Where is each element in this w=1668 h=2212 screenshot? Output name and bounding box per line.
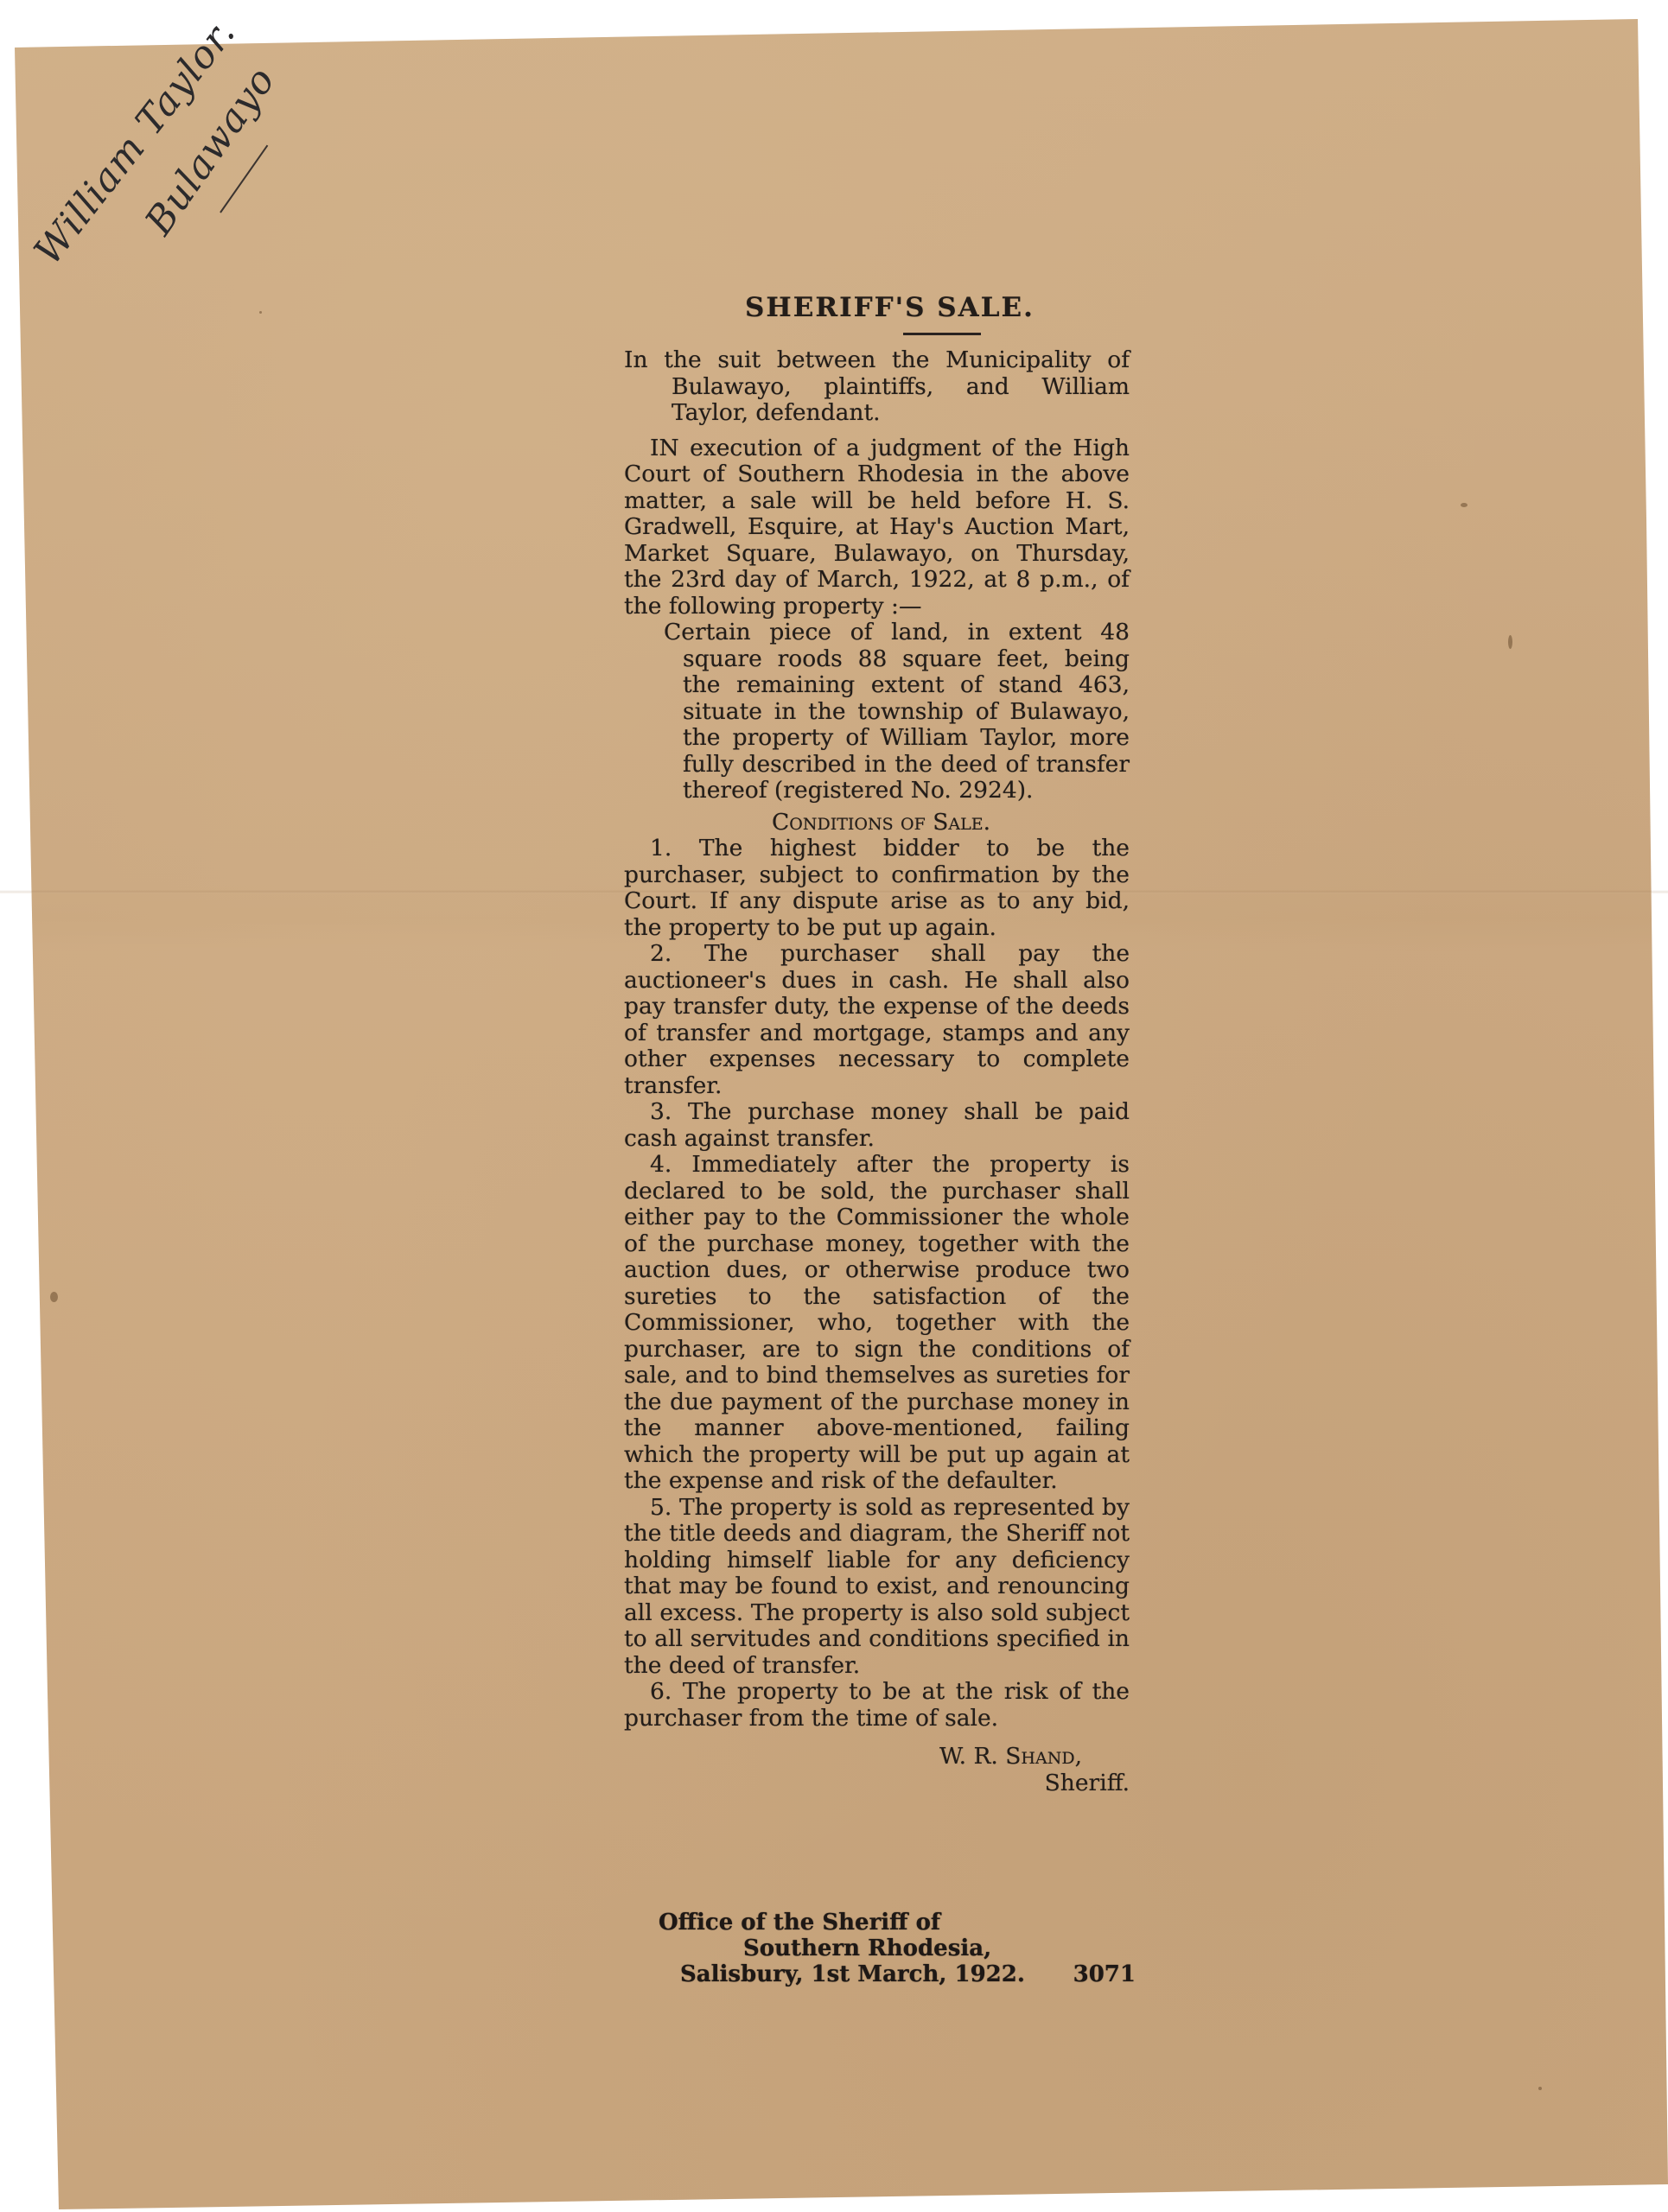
office-line-3: Salisbury, 1st March, 1922. [659,1961,1143,1987]
condition-3: 3. The purchase money shall be paid cash… [624,1099,1130,1152]
paper-speck [1508,635,1512,649]
property-description: Certain piece of land, in extent 48 squa… [643,620,1130,804]
signature-title: Sheriff. [624,1770,1130,1797]
sheriffs-sale-notice: SHERIFF'S SALE. In the suit between the … [624,290,1130,1796]
signature-name: W. R. Shand, [624,1744,1130,1770]
office-line-1: Office of the Sheriff of [659,1910,1143,1935]
notice-title: SHERIFF'S SALE. [650,290,1130,325]
paper-speck [50,1292,58,1302]
office-line-2: Southern Rhodesia, [659,1935,1143,1961]
suit-paragraph: In the suit between the Municipality of … [624,347,1130,427]
condition-2: 2. The purchaser shall pay the auctionee… [624,941,1130,1099]
condition-6: 6. The property to be at the risk of the… [624,1679,1130,1732]
condition-4: 4. Immediately after the property is dec… [624,1152,1130,1495]
reference-number: 3071 [1073,1961,1136,1987]
paper-speck [1461,503,1467,507]
paper-speck [259,311,262,314]
paper-speck [1538,2087,1542,2090]
conditions-heading: Conditions of Sale. [633,810,1130,836]
condition-5: 5. The property is sold as represented b… [624,1495,1130,1680]
execution-paragraph: IN execution of a judgment of the High C… [624,435,1130,620]
office-stamp: Office of the Sheriff of Southern Rhodes… [659,1910,1143,1987]
title-rule [903,333,981,335]
condition-1: 1. The highest bidder to be the purchase… [624,836,1130,941]
